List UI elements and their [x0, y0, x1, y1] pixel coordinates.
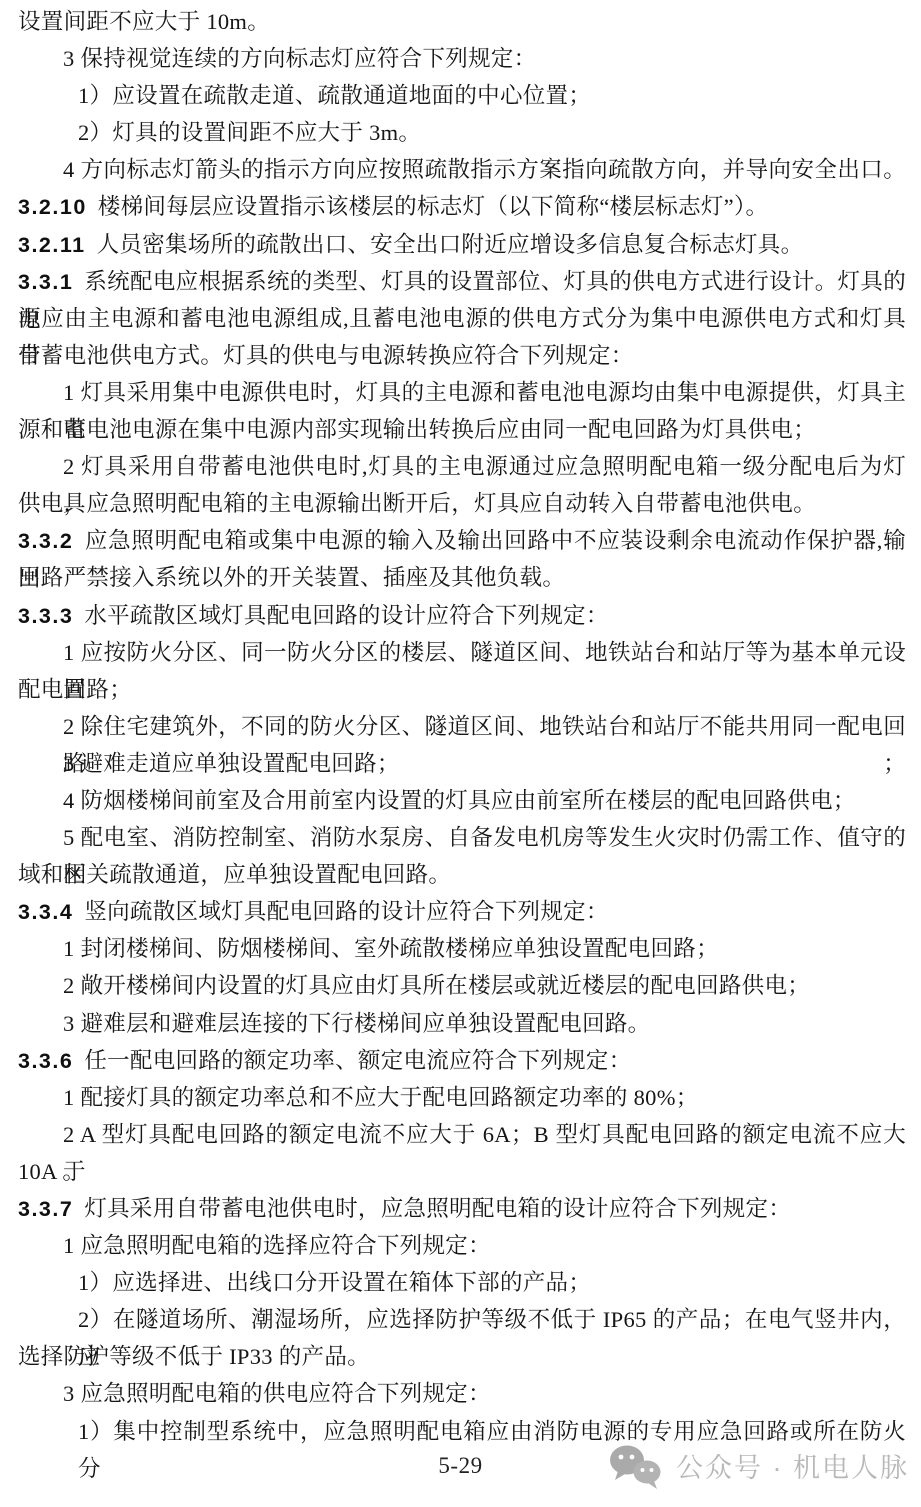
section-number: 3.3.1	[18, 270, 73, 294]
section-number: 3.3.2	[18, 529, 73, 553]
text-line: 1 封闭楼梯间、防烟楼梯间、室外疏散楼梯应单独设置配电回路；	[18, 930, 906, 967]
text-line: 4 方向标志灯箭头的指示方向应按照疏散指示方案指向疏散方向，并导向安全出口。	[18, 151, 906, 188]
text-line: 配电回路；	[18, 671, 906, 708]
text-line: 2 A 型灯具配电回路的额定电流不应大于 6A；B 型灯具配电回路的额定电流不应…	[18, 1116, 906, 1153]
text-line: 域和相关疏散通道，应单独设置配电回路。	[18, 856, 906, 893]
text-line: 设置间距不应大于 10m。	[18, 3, 906, 40]
text-line: 1 应急照明配电箱的选择应符合下列规定：	[18, 1227, 906, 1264]
text-line: 3 应急照明配电箱的供电应符合下列规定：	[18, 1375, 906, 1412]
section-number: 3.3.7	[18, 1197, 73, 1221]
section-heading-line: 3.3.2应急照明配电箱或集中电源的输入及输出回路中不应装设剩余电流动作保护器,…	[18, 522, 906, 559]
text-line: 源应由主电源和蓄电池电源组成,且蓄电池电源的供电方式分为集中电源供电方式和灯具自	[18, 300, 906, 337]
text-line: 1 应按防火分区、同一防火分区的楼层、隧道区间、地铁站台和站厅等为基本单元设置	[18, 634, 906, 671]
text-line: 2 灯具采用自带蓄电池供电时,灯具的主电源通过应急照明配电箱一级分配电后为灯具	[18, 448, 906, 485]
text-line: 1）应选择进、出线口分开设置在箱体下部的产品；	[18, 1264, 906, 1301]
section-number: 3.3.4	[18, 900, 73, 924]
text-line: 1）应设置在疏散走道、疏散通道地面的中心位置；	[18, 77, 906, 114]
section-number: 3.3.3	[18, 604, 73, 628]
text-line: 1 灯具采用集中电源供电时，灯具的主电源和蓄电池电源均由集中电源提供，灯具主电	[18, 374, 906, 411]
text-line: 4 防烟楼梯间前室及合用前室内设置的灯具应由前室所在楼层的配电回路供电；	[18, 782, 906, 819]
text-line: 2）在隧道场所、潮湿场所，应选择防护等级不低于 IP65 的产品；在电气竖井内，…	[18, 1301, 906, 1338]
text-line: 1 配接灯具的额定功率总和不应大于配电回路额定功率的 80%；	[18, 1079, 906, 1116]
text-line: 供电，应急照明配电箱的主电源输出断开后，灯具应自动转入自带蓄电池供电。	[18, 485, 906, 522]
section-heading-line: 3.2.10楼梯间每层应设置指示该楼层的标志灯（以下简称“楼层标志灯”）。	[18, 188, 906, 225]
section-heading-line: 3.3.4竖向疏散区域灯具配电回路的设计应符合下列规定：	[18, 893, 906, 930]
section-heading-line: 3.3.6任一配电回路的额定功率、额定电流应符合下列规定：	[18, 1042, 906, 1079]
section-heading-line: 3.3.7灯具采用自带蓄电池供电时，应急照明配电箱的设计应符合下列规定：	[18, 1190, 906, 1227]
watermark: 公众号 · 机电人脉	[608, 1444, 909, 1492]
text-line: 10A 。	[18, 1153, 906, 1190]
text-line: 带蓄电池供电方式。灯具的供电与电源转换应符合下列规定：	[18, 337, 906, 374]
text-line: 5 配电室、消防控制室、消防水泵房、自备发电机房等发生火灾时仍需工作、值守的区	[18, 819, 906, 856]
section-number: 3.2.11	[18, 233, 86, 257]
text-line: 2 敞开楼梯间内设置的灯具应由灯具所在楼层或就近楼层的配电回路供电；	[18, 967, 906, 1004]
document-page: 设置间距不应大于 10m。3 保持视觉连续的方向标志灯应符合下列规定：1）应设置…	[0, 0, 921, 1507]
section-heading-line: 3.3.3水平疏散区域灯具配电回路的设计应符合下列规定：	[18, 597, 906, 634]
wechat-icon	[608, 1444, 664, 1492]
section-heading-line: 3.2.11人员密集场所的疏散出口、安全出口附近应增设多信息复合标志灯具。	[18, 226, 906, 263]
text-line: 2）灯具的设置间距不应大于 3m。	[18, 114, 906, 151]
text-line: 回路严禁接入系统以外的开关装置、插座及其他负载。	[18, 559, 906, 596]
text-line: 选择防护等级不低于 IP33 的产品。	[18, 1338, 906, 1375]
document-body: 设置间距不应大于 10m。3 保持视觉连续的方向标志灯应符合下列规定：1）应设置…	[18, 3, 906, 1450]
section-number: 3.2.10	[18, 195, 87, 219]
section-number: 3.3.6	[18, 1049, 73, 1073]
watermark-text: 公众号 · 机电人脉	[676, 1444, 909, 1492]
text-line: 2 除住宅建筑外，不同的防火分区、隧道区间、地铁站台和站厅不能共用同一配电回路；	[18, 708, 906, 745]
text-line: 3 保持视觉连续的方向标志灯应符合下列规定：	[18, 40, 906, 77]
section-heading-line: 3.3.1系统配电应根据系统的类型、灯具的设置部位、灯具的供电方式进行设计。灯具…	[18, 263, 906, 300]
text-line: 3 避难层和避难层连接的下行楼梯间应单独设置配电回路。	[18, 1005, 906, 1042]
text-line: 源和蓄电池电源在集中电源内部实现输出转换后应由同一配电回路为灯具供电；	[18, 411, 906, 448]
